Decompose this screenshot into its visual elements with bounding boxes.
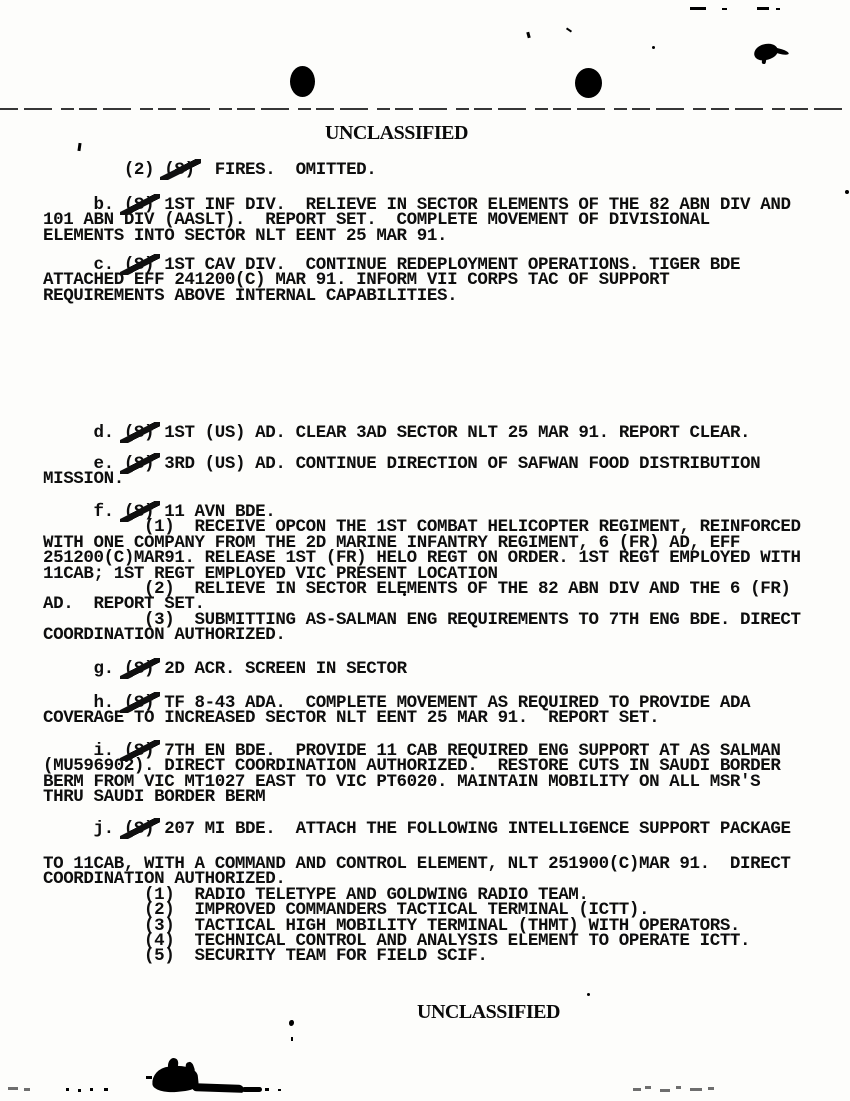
pen-dash: [690, 7, 706, 10]
edge-mark: [676, 1086, 681, 1089]
edge-mark: [660, 1089, 670, 1092]
speck: [291, 1037, 293, 1041]
speck: [566, 27, 572, 32]
para-body: FIRES. OMITTED.: [195, 160, 377, 180]
classification-marker: (S): [124, 696, 154, 711]
para-body: 1ST INF DIV. RELIEVE IN SECTOR ELEMENTS …: [43, 195, 791, 246]
para-body: 2D ACR. SCREEN IN SECTOR: [154, 659, 407, 679]
edge-mark: [708, 1087, 714, 1090]
speck: [77, 143, 81, 151]
pen-dash: [776, 8, 780, 10]
para-body: 11 AVN BDE. (1) RECEIVE OPCON THE 1ST CO…: [43, 502, 801, 645]
para-i-7th-en-bde: i. (S) 7TH EN BDE. PROVIDE 11 CAB REQUIR…: [43, 744, 780, 806]
ink-smudge-tail: [192, 1083, 244, 1093]
para-fires: (2) (S) FIRES. OMITTED.: [43, 163, 376, 178]
speck: [652, 46, 655, 49]
ink-dot: [278, 1089, 281, 1091]
scanned-document-page: UNCLASSIFIED (2) (S) FIRES. OMITTED. b. …: [0, 0, 850, 1101]
dashed-separator-line: [0, 108, 850, 110]
classification-marker: (S): [124, 822, 154, 837]
para-b-1st-inf-div: b. (S) 1ST INF DIV. RELIEVE IN SECTOR EL…: [43, 198, 791, 244]
pen-dash: [722, 8, 727, 10]
classification-marker: (S): [124, 505, 154, 520]
pen-dash: [757, 7, 769, 10]
edge-mark: [690, 1088, 702, 1091]
para-body: 207 MI BDE. ATTACH THE FOLLOWING INTELLI…: [154, 819, 790, 839]
ink-blot-drip: [762, 58, 767, 65]
edge-mark: [633, 1088, 641, 1091]
classification-marker: (S): [124, 426, 154, 441]
ink-dot: [66, 1088, 69, 1091]
ink-smudge-tail: [242, 1087, 262, 1092]
para-d-1st-us-ad: d. (S) 1ST (US) AD. CLEAR 3AD SECTOR NLT…: [43, 426, 750, 441]
para-j-207-mi-bde: j. (S) 207 MI BDE. ATTACH THE FOLLOWING …: [43, 822, 791, 837]
header-classification: UNCLASSIFIED: [325, 122, 468, 145]
para-h-tf-8-43-ada: h. (S) TF 8-43 ADA. COMPLETE MOVEMENT AS…: [43, 696, 750, 727]
para-label: j.: [43, 819, 124, 839]
classification-marker: (S): [124, 457, 154, 472]
classification-marker: (S): [164, 163, 194, 178]
edge-mark: [645, 1086, 651, 1089]
para-label: (2): [43, 160, 164, 180]
speck: [526, 32, 530, 39]
edge-mark: [24, 1088, 30, 1091]
para-j-continuation: TO 11CAB, WITH A COMMAND AND CONTROL ELE…: [43, 857, 791, 965]
speck: [587, 993, 590, 996]
classification-marker: (S): [124, 662, 154, 677]
speck: [289, 1020, 294, 1026]
ink-dot: [146, 1076, 152, 1079]
footer-classification: UNCLASSIFIED: [417, 1001, 560, 1024]
para-label: g.: [43, 659, 124, 679]
para-g-2d-acr: g. (S) 2D ACR. SCREEN IN SECTOR: [43, 662, 407, 677]
speck: [845, 190, 849, 194]
edge-mark: [8, 1087, 18, 1090]
classification-marker: (S): [124, 198, 154, 213]
ink-dot: [78, 1089, 81, 1092]
hole-punch-right: [575, 68, 602, 98]
classification-marker: (S): [124, 258, 154, 273]
ink-dot: [265, 1088, 269, 1091]
para-body: TO 11CAB, WITH A COMMAND AND CONTROL ELE…: [43, 854, 791, 966]
para-f-11-avn-bde: f. (S) 11 AVN BDE. (1) RECEIVE OPCON THE…: [43, 505, 801, 644]
classification-marker: (S): [124, 744, 154, 759]
para-body: 1ST (US) AD. CLEAR 3AD SECTOR NLT 25 MAR…: [154, 423, 750, 443]
hole-punch-left: [290, 66, 315, 97]
para-label: d.: [43, 423, 124, 443]
para-c-1st-cav-div: c. (S) 1ST CAV DIV. CONTINUE REDEPLOYMEN…: [43, 258, 740, 304]
para-e-3rd-us-ad: e. (S) 3RD (US) AD. CONTINUE DIRECTION O…: [43, 457, 760, 488]
ink-dot: [104, 1088, 108, 1091]
ink-dot: [90, 1088, 93, 1091]
